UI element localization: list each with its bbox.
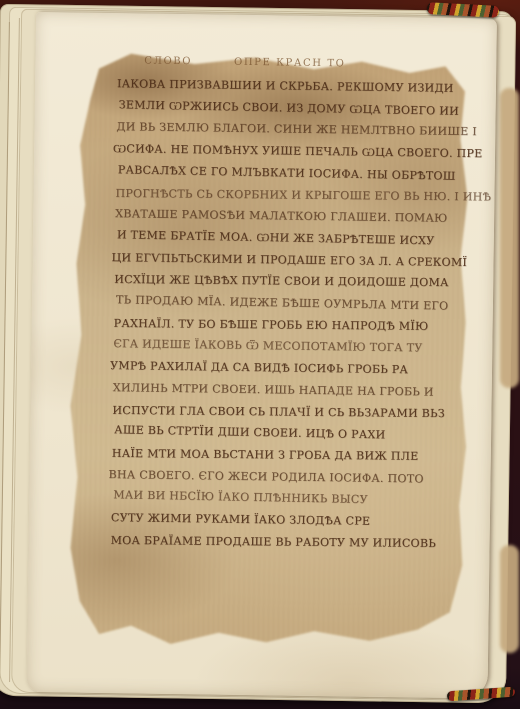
heading-left: слово: [144, 51, 192, 73]
next-leaf-parchment-patch: [500, 545, 519, 653]
manuscript-photo: слово опре красн то іакова призвавшии и …: [0, 0, 520, 709]
manuscript-line: моа браїаме продаше вь работу му илисовь: [111, 530, 463, 555]
next-leaf-parchment-patch: [500, 88, 519, 388]
heading: слово опре красн то: [144, 50, 469, 79]
manuscript-page: слово опре красн то іакова призвавшии и …: [27, 12, 497, 698]
manuscript-text: слово опре красн то іакова призвавшии и …: [110, 49, 469, 555]
heading-right: опре красн то: [234, 52, 346, 75]
